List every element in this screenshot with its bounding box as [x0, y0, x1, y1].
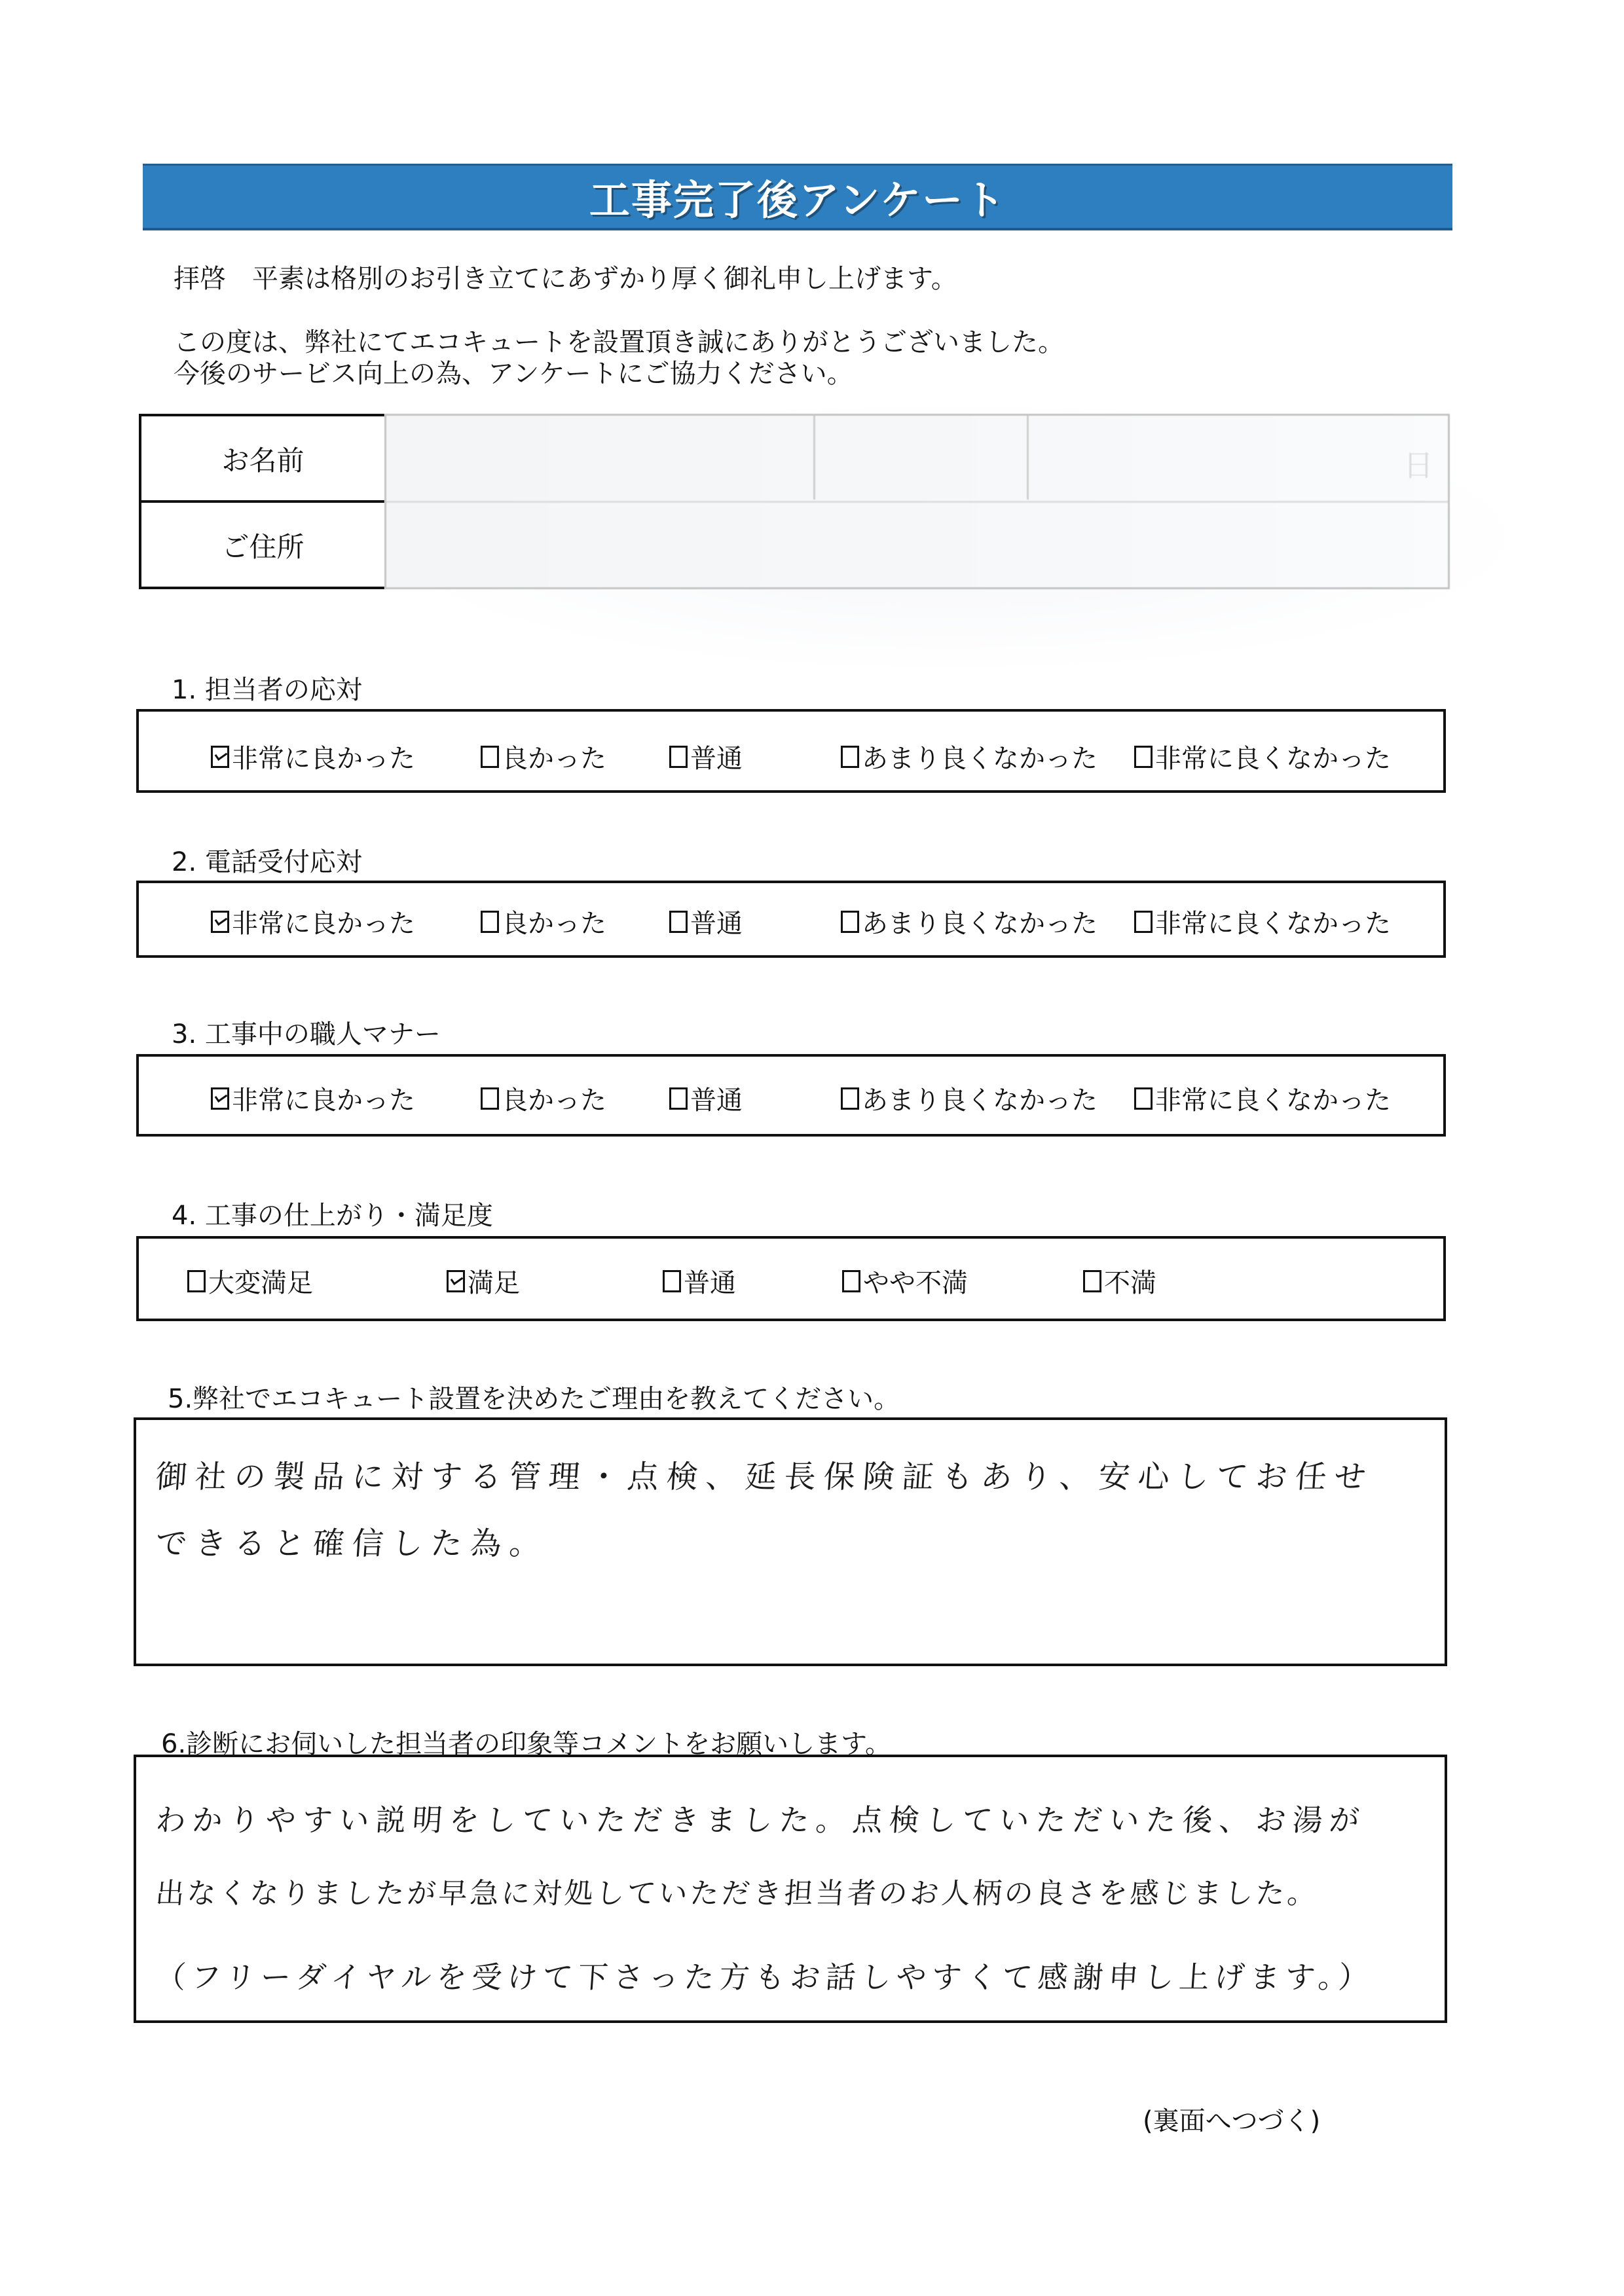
checkbox-icon[interactable] [481, 911, 499, 933]
checkbox-icon[interactable] [841, 1087, 859, 1110]
checkbox-checked-icon[interactable] [447, 1270, 465, 1292]
question-3-heading: 3. 工事中の職人マナー [172, 1013, 441, 1051]
option-label: 良かった [502, 903, 606, 940]
thanks-line: この度は、弊社にてエコキュートを設置頂き誠にありがとうございました。 [174, 325, 1064, 359]
customer-info-table: お名前 ご住所 日 [139, 414, 1450, 589]
title-banner: 工事完了後アンケート [143, 164, 1452, 230]
q1-option-very-bad[interactable]: 非常に良くなかった [1134, 738, 1391, 775]
q3-option-average[interactable]: 普通 [669, 1080, 743, 1117]
option-label: 満足 [468, 1262, 520, 1300]
option-label: 非常に良くなかった [1155, 1080, 1391, 1117]
q1-option-very-good[interactable]: 非常に良かった [211, 738, 415, 775]
q3-option-very-bad[interactable]: 非常に良くなかった [1134, 1080, 1391, 1117]
question-3-options: 非常に良かった 良かった 普通 あまり良くなかった 非常に良くなかった [136, 1054, 1446, 1137]
checkbox-icon[interactable] [1134, 1087, 1153, 1110]
q2-option-average[interactable]: 普通 [669, 903, 743, 940]
checkbox-icon[interactable] [481, 1087, 499, 1110]
request-line: 今後のサービス向上の為、アンケートにご協力ください。 [174, 357, 853, 391]
address-label: ご住所 [141, 503, 384, 588]
question-4-heading: 4. 工事の仕上がり・満足度 [172, 1195, 493, 1232]
checkbox-icon[interactable] [841, 911, 859, 933]
q4-option-satisfied[interactable]: 満足 [447, 1262, 520, 1300]
question-1-options: 非常に良かった 良かった 普通 あまり良くなかった 非常に良くなかった [136, 709, 1446, 793]
checkbox-icon[interactable] [669, 746, 688, 768]
question-2-heading: 2. 電話受付応対 [172, 841, 362, 879]
q2-option-not-good[interactable]: あまり良くなかった [841, 903, 1098, 940]
option-label: やや不満 [863, 1262, 968, 1300]
name-label: お名前 [141, 416, 384, 501]
checkbox-icon[interactable] [187, 1270, 206, 1292]
checkbox-checked-icon[interactable] [211, 1087, 229, 1110]
option-label: 非常に良かった [232, 903, 415, 940]
q2-option-very-bad[interactable]: 非常に良くなかった [1134, 903, 1391, 940]
q4-option-dissatisfied[interactable]: 不満 [1083, 1262, 1156, 1300]
checkbox-icon[interactable] [663, 1270, 681, 1292]
option-label: 普通 [684, 1262, 736, 1300]
question-5-heading: 5.弊社でエコキュート設置を決めたご理由を教えてください。 [168, 1378, 900, 1415]
answer-line: （フリーダイヤルを受けて下さった方もお話しやすくて感謝申し上げます。） [155, 1954, 1376, 1997]
row-divider [386, 501, 1448, 503]
answer-line: できると確信した為。 [155, 1518, 551, 1563]
option-label: あまり良くなかった [862, 738, 1098, 775]
question-2-options: 非常に良かった 良かった 普通 あまり良くなかった 非常に良くなかった [136, 881, 1446, 958]
checkbox-icon[interactable] [842, 1270, 860, 1292]
checkbox-icon[interactable] [669, 911, 688, 933]
q2-option-good[interactable]: 良かった [481, 903, 606, 940]
q3-option-very-good[interactable]: 非常に良かった [211, 1080, 415, 1117]
q4-option-slightly-dissatisfied[interactable]: やや不満 [842, 1262, 968, 1300]
question-4-options: 大変満足 満足 普通 やや不満 不満 [136, 1236, 1446, 1321]
question-5-answer-box[interactable]: 御社の製品に対する管理・点検、延長保険証もあり、安心してお任せ できると確信した… [134, 1417, 1447, 1666]
option-label: 大変満足 [208, 1262, 313, 1300]
answer-line: わかりやすい説明をしていただきました。点検していただいた後、お湯が [155, 1796, 1368, 1840]
option-label: 非常に良くなかった [1155, 903, 1391, 940]
checkbox-checked-icon[interactable] [211, 746, 229, 768]
option-label: あまり良くなかった [862, 903, 1098, 940]
q2-option-very-good[interactable]: 非常に良かった [211, 903, 415, 940]
option-label: 非常に良かった [232, 1080, 415, 1117]
option-label: 良かった [502, 738, 606, 775]
checkbox-icon[interactable] [481, 746, 499, 768]
checkbox-icon[interactable] [841, 746, 859, 768]
option-label: 普通 [690, 738, 743, 775]
q1-option-average[interactable]: 普通 [669, 738, 743, 775]
option-label: 不満 [1104, 1262, 1156, 1300]
info-label-column: お名前 ご住所 [139, 414, 384, 589]
day-glyph: 日 [1403, 442, 1433, 485]
q3-option-good[interactable]: 良かった [481, 1080, 606, 1117]
q1-option-not-good[interactable]: あまり良くなかった [841, 738, 1098, 775]
option-label: 良かった [502, 1080, 606, 1117]
q1-option-good[interactable]: 良かった [481, 738, 606, 775]
q4-option-very-satisfied[interactable]: 大変満足 [187, 1262, 313, 1300]
checkbox-checked-icon[interactable] [211, 911, 229, 933]
checkbox-icon[interactable] [669, 1087, 688, 1110]
option-label: 非常に良かった [232, 738, 415, 775]
q4-option-average[interactable]: 普通 [663, 1262, 736, 1300]
question-6-answer-box[interactable]: わかりやすい説明をしていただきました。点検していただいた後、お湯が 出なくなりま… [134, 1755, 1447, 2023]
question-1-heading: 1. 担当者の応対 [172, 669, 362, 706]
continued-on-back-note: (裏面へつづく) [1143, 2100, 1320, 2138]
option-label: 普通 [690, 903, 743, 940]
cell-divider [1027, 416, 1029, 500]
checkbox-icon[interactable] [1083, 1270, 1101, 1292]
masked-info-area: 日 [384, 414, 1450, 589]
checkbox-icon[interactable] [1134, 911, 1153, 933]
greeting-line: 拝啓 平素は格別のお引き立てにあずかり厚く御礼申し上げます。 [174, 262, 957, 296]
cell-divider [813, 416, 815, 500]
checkbox-icon[interactable] [1134, 746, 1153, 768]
option-label: あまり良くなかった [862, 1080, 1098, 1117]
answer-line: 出なくなりましたが早急に対処していただき担当者のお人柄の良さを感じました。 [155, 1870, 1320, 1912]
page-title: 工事完了後アンケート [589, 168, 1006, 226]
answer-line: 御社の製品に対する管理・点検、延長保険証もあり、安心してお任せ [155, 1451, 1376, 1497]
q3-option-not-good[interactable]: あまり良くなかった [841, 1080, 1098, 1117]
option-label: 非常に良くなかった [1155, 738, 1391, 775]
option-label: 普通 [690, 1080, 743, 1117]
